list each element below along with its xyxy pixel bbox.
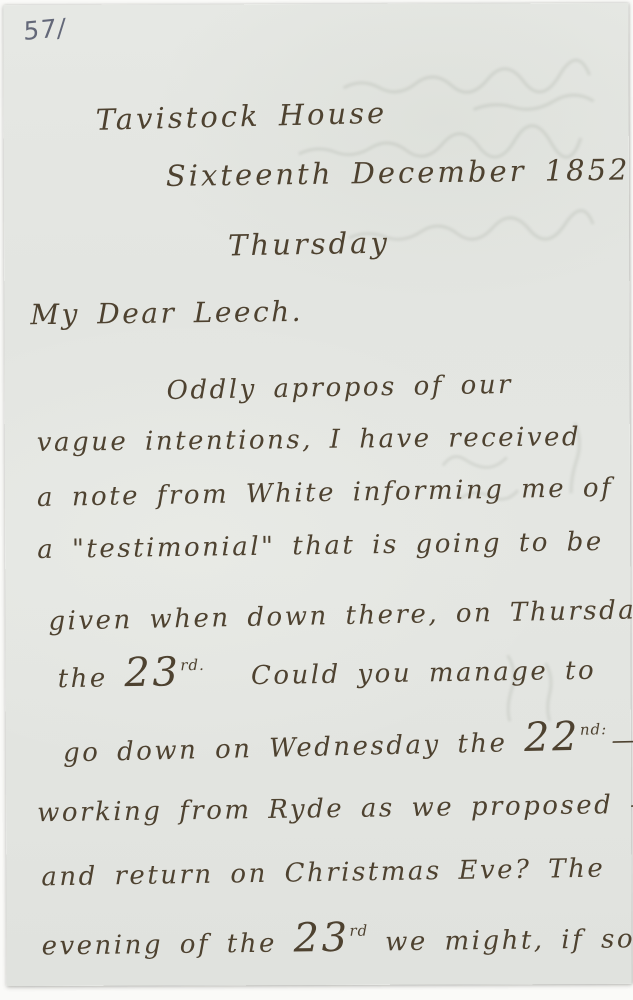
body-line-7-rest: — xyxy=(611,725,633,756)
body-line-4: a "testimonial" that is going to be xyxy=(37,529,604,563)
letter-paper: 57/ Tavistock House Sixteenth December 1… xyxy=(3,3,631,986)
body-line-6-rest: Could you manage to xyxy=(251,656,597,691)
salutation: My Dear Leech. xyxy=(30,298,303,329)
body-line-6-number: 23 xyxy=(124,649,181,696)
body-line-7-ordinal: nd: xyxy=(580,720,608,739)
body-line-7-text: go down on Wednesday the xyxy=(63,728,525,768)
body-line-10: evening of the 23rd we might, if so xyxy=(41,920,633,959)
address-line: Tavistock House xyxy=(95,99,387,135)
body-line-9: and return on Christmas Eve? The xyxy=(41,856,605,891)
body-line-1: Oddly apropos of our xyxy=(166,372,513,404)
body-line-6: the 23rd.Could you manage to xyxy=(57,652,596,692)
body-line-10-number: 23 xyxy=(293,915,349,962)
body-line-10-text: evening of the xyxy=(41,928,293,961)
body-line-3: a note from White informing me of xyxy=(37,475,614,511)
body-line-6-text: the xyxy=(57,663,124,694)
date-line: Sixteenth December 1852 xyxy=(166,155,631,190)
body-line-8: working from Ryde as we proposed — xyxy=(37,792,633,827)
catalog-number: 57/ xyxy=(23,13,66,46)
body-line-7-number: 22 xyxy=(524,714,581,761)
body-line-10-ordinal: rd xyxy=(349,922,368,940)
day-line: Thursday xyxy=(228,229,390,261)
body-line-2: vague intentions, I have received xyxy=(37,424,582,456)
body-line-10-rest: we might, if so xyxy=(368,924,633,957)
letter-scan: 57/ Tavistock House Sixteenth December 1… xyxy=(0,0,633,1000)
body-line-5: given when down there, on Thursday xyxy=(48,597,633,635)
body-line-6-ordinal: rd. xyxy=(180,656,205,674)
body-line-7: go down on Wednesday the 22nd:— xyxy=(63,721,633,766)
